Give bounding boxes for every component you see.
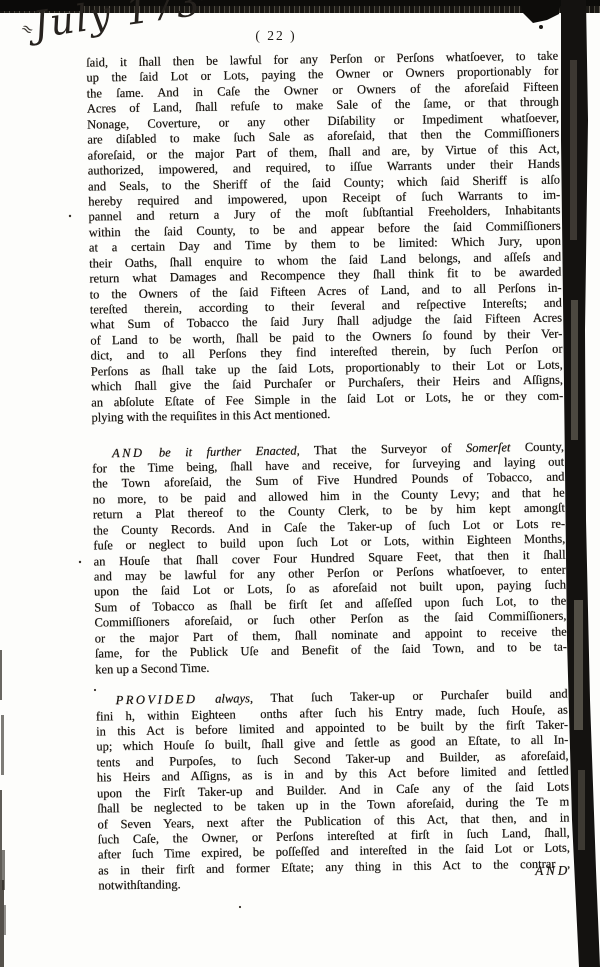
place-name: Somerſet [466,440,511,455]
handwritten-date-superscript: 2 [199,0,215,5]
enacting-clause-lead-rest: be it further Enacted, [144,443,299,459]
page-number: ( 22 ) [226,28,326,44]
proviso-lead: PROVIDED [115,692,197,707]
body-text-block: ſaid, it ſhall then be lawful for any Pe… [86,48,570,894]
binding-strip-highlight [578,770,585,850]
proviso-lead-rest: always, [197,691,253,706]
scanned-document-page: ≈July 1732 ( 22 ) ſaid, it ſhall then be… [0,0,600,967]
paragraph-continuation: ſaid, it ſhall then be lawful for any Pe… [86,48,563,425]
paragraph-enacting-clause: AND be it further Enacted, That the Surv… [92,439,567,678]
enacting-clause-lead: AND [112,445,145,459]
handwritten-date-annotation: ≈July 1732 [14,0,217,49]
binding-strip-highlight [570,60,577,240]
binding-strip-highlight [574,600,583,730]
handwritten-date-text: July 173 [30,0,204,47]
text-run: County, [510,439,564,454]
binding-strip-highlight [571,300,578,440]
text-run: That the Surveyor of [300,440,466,456]
ink-speck [539,25,543,29]
catchword: AND [535,862,570,878]
paragraph-proviso: PROVIDED always, That ſuch Taker-up or P… [95,686,570,894]
left-edge-marks [0,650,6,967]
